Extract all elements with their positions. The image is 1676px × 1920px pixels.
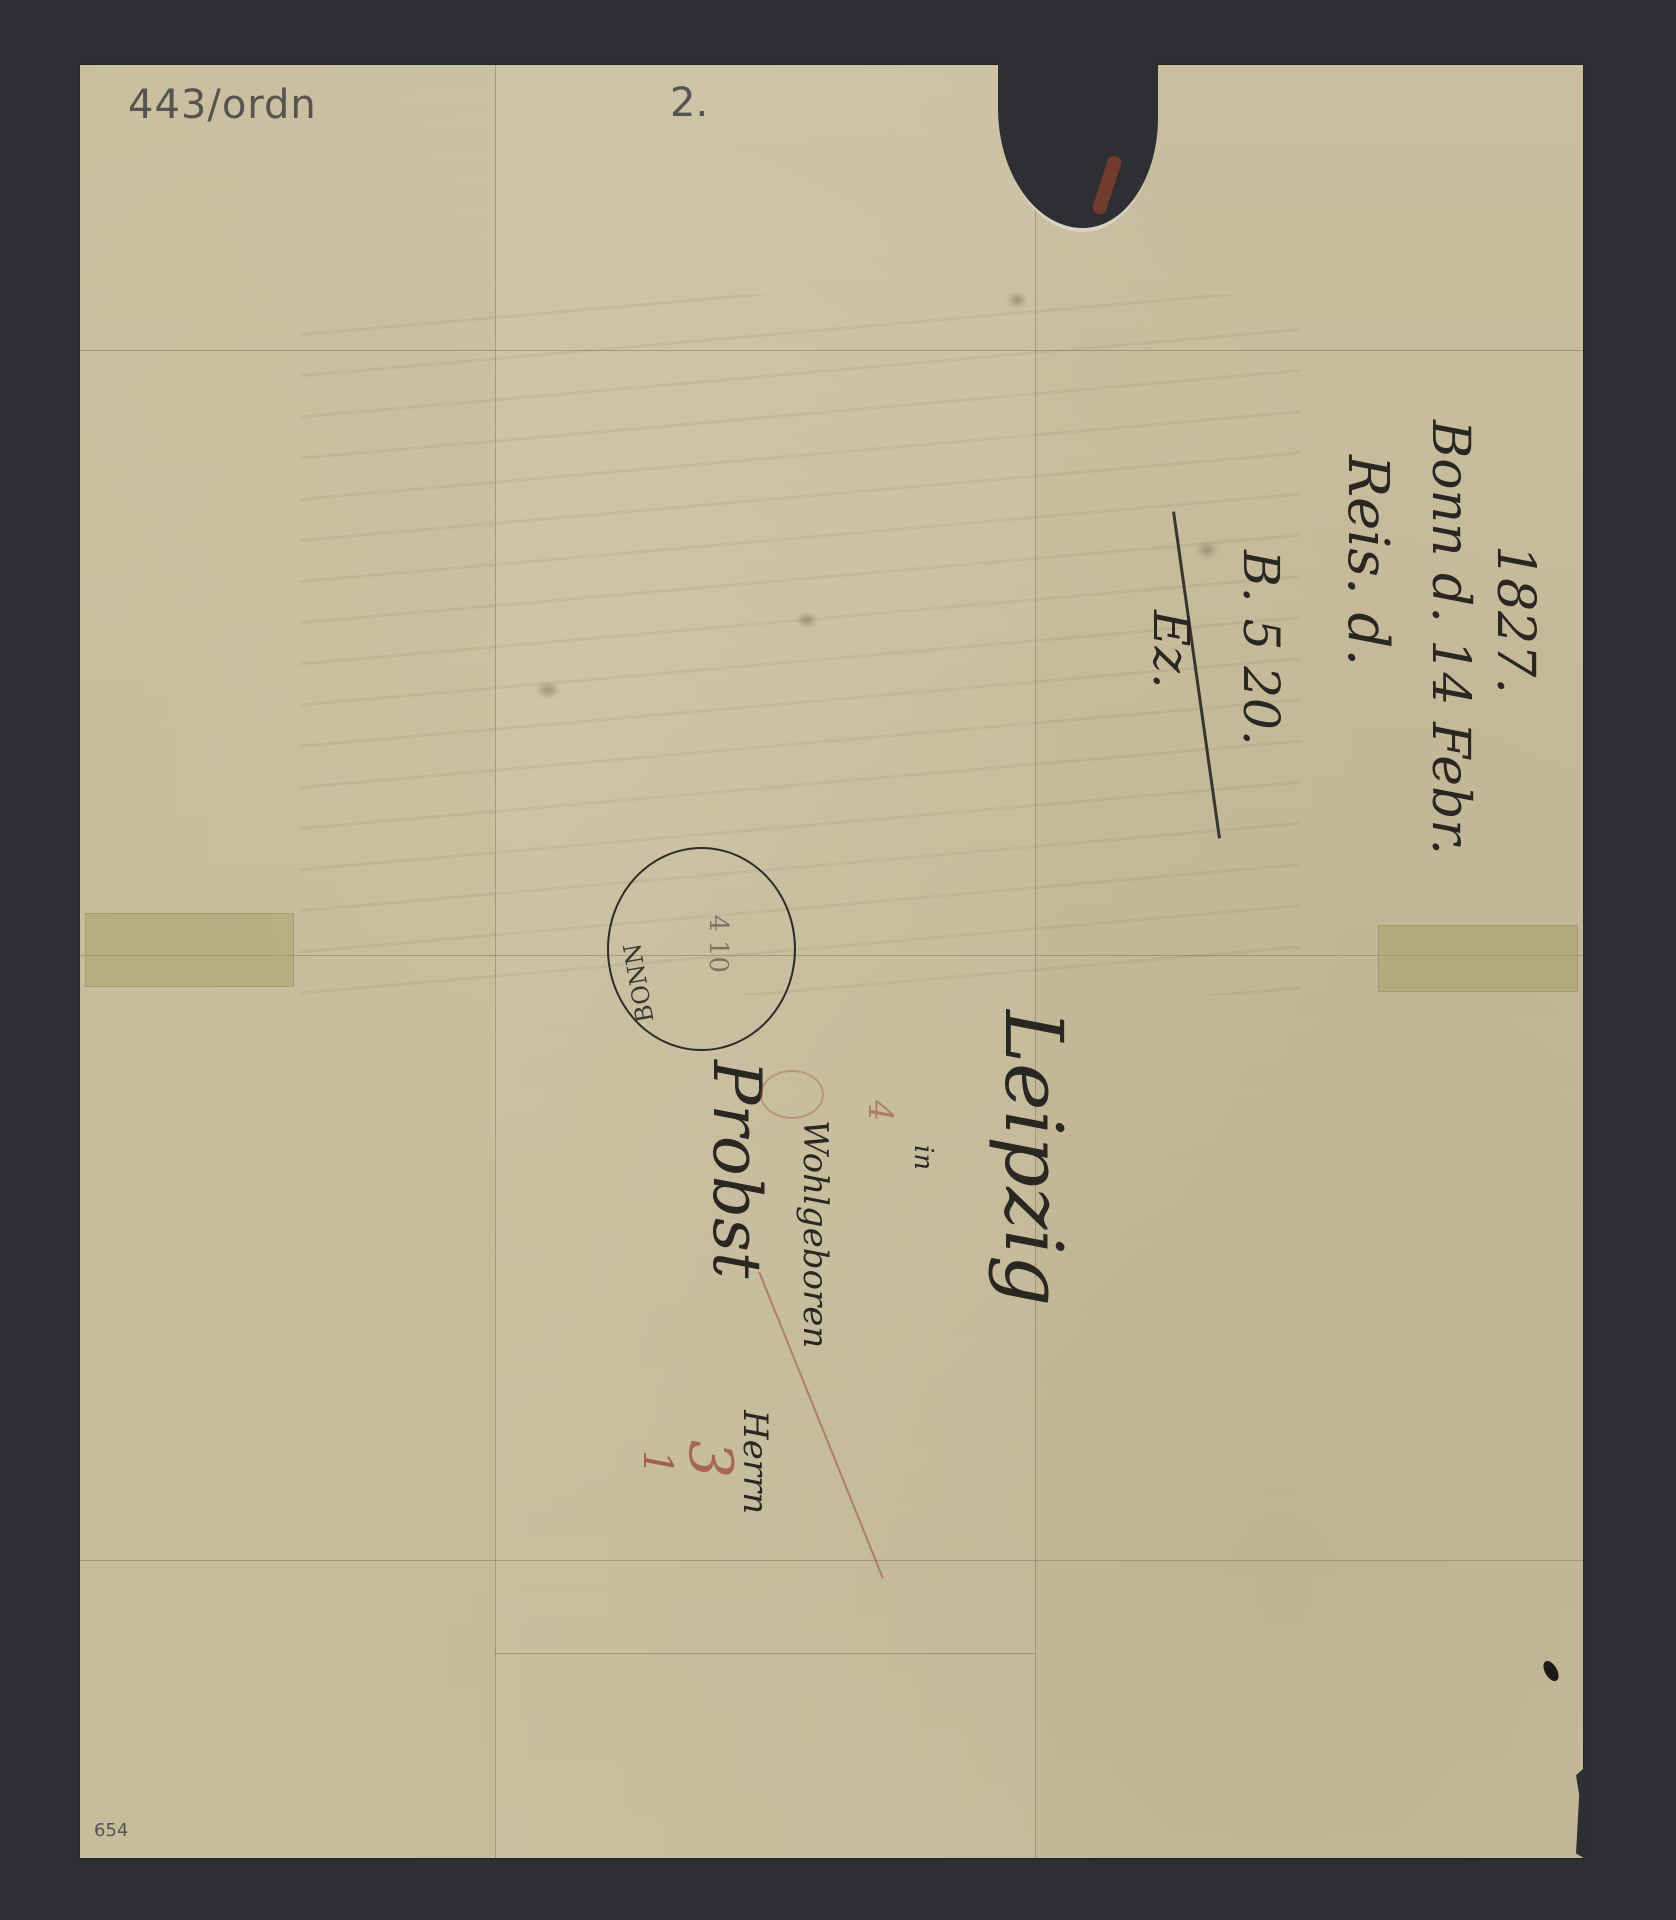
tape-strip-left bbox=[85, 913, 294, 987]
circular-postmark: BONN 4 10 bbox=[607, 847, 796, 1051]
folio-number-note: 654 bbox=[94, 1820, 128, 1841]
ink-spot bbox=[1200, 545, 1214, 555]
red-ink-loop bbox=[760, 1070, 824, 1119]
docket-received: Reis. d. bbox=[1335, 455, 1400, 666]
fold-line-vertical-right bbox=[1035, 65, 1036, 1858]
docket-note-ez: Ez. bbox=[1142, 610, 1200, 689]
red-ink-mark-4: 4 bbox=[860, 1100, 900, 1122]
fold-line-horizontal-top bbox=[80, 350, 1583, 351]
address-preposition: in bbox=[908, 1145, 938, 1170]
postmark-date: 4 10 bbox=[703, 915, 733, 973]
page-number-note: 2. bbox=[670, 80, 708, 126]
fold-line-horizontal-bottom bbox=[80, 1560, 1583, 1561]
docket-year: 1827. bbox=[1485, 545, 1545, 694]
fold-line-vertical-left bbox=[495, 65, 496, 1858]
fold-line-flap bbox=[495, 1653, 1035, 1654]
red-ink-mark-1: 1 bbox=[634, 1450, 680, 1475]
tape-strip-right bbox=[1378, 925, 1578, 992]
ink-spot bbox=[800, 615, 814, 625]
docket-origin-date: Bonn d. 14 Febr. bbox=[1420, 420, 1480, 855]
docket-answered: B. 5 20. bbox=[1232, 550, 1290, 746]
red-ink-mark-3: 3 bbox=[675, 1440, 745, 1478]
ink-spot bbox=[540, 685, 556, 695]
recipient-title: Wohlgeboren bbox=[795, 1120, 835, 1348]
archive-number-note: 443/ordn bbox=[128, 82, 317, 128]
destination-city: Leipzig bbox=[987, 1010, 1080, 1306]
letter-sheet bbox=[80, 65, 1583, 1858]
ink-spot bbox=[1010, 295, 1024, 305]
torn-corner bbox=[1576, 1768, 1584, 1858]
fold-line-horizontal-middle bbox=[80, 955, 1583, 956]
